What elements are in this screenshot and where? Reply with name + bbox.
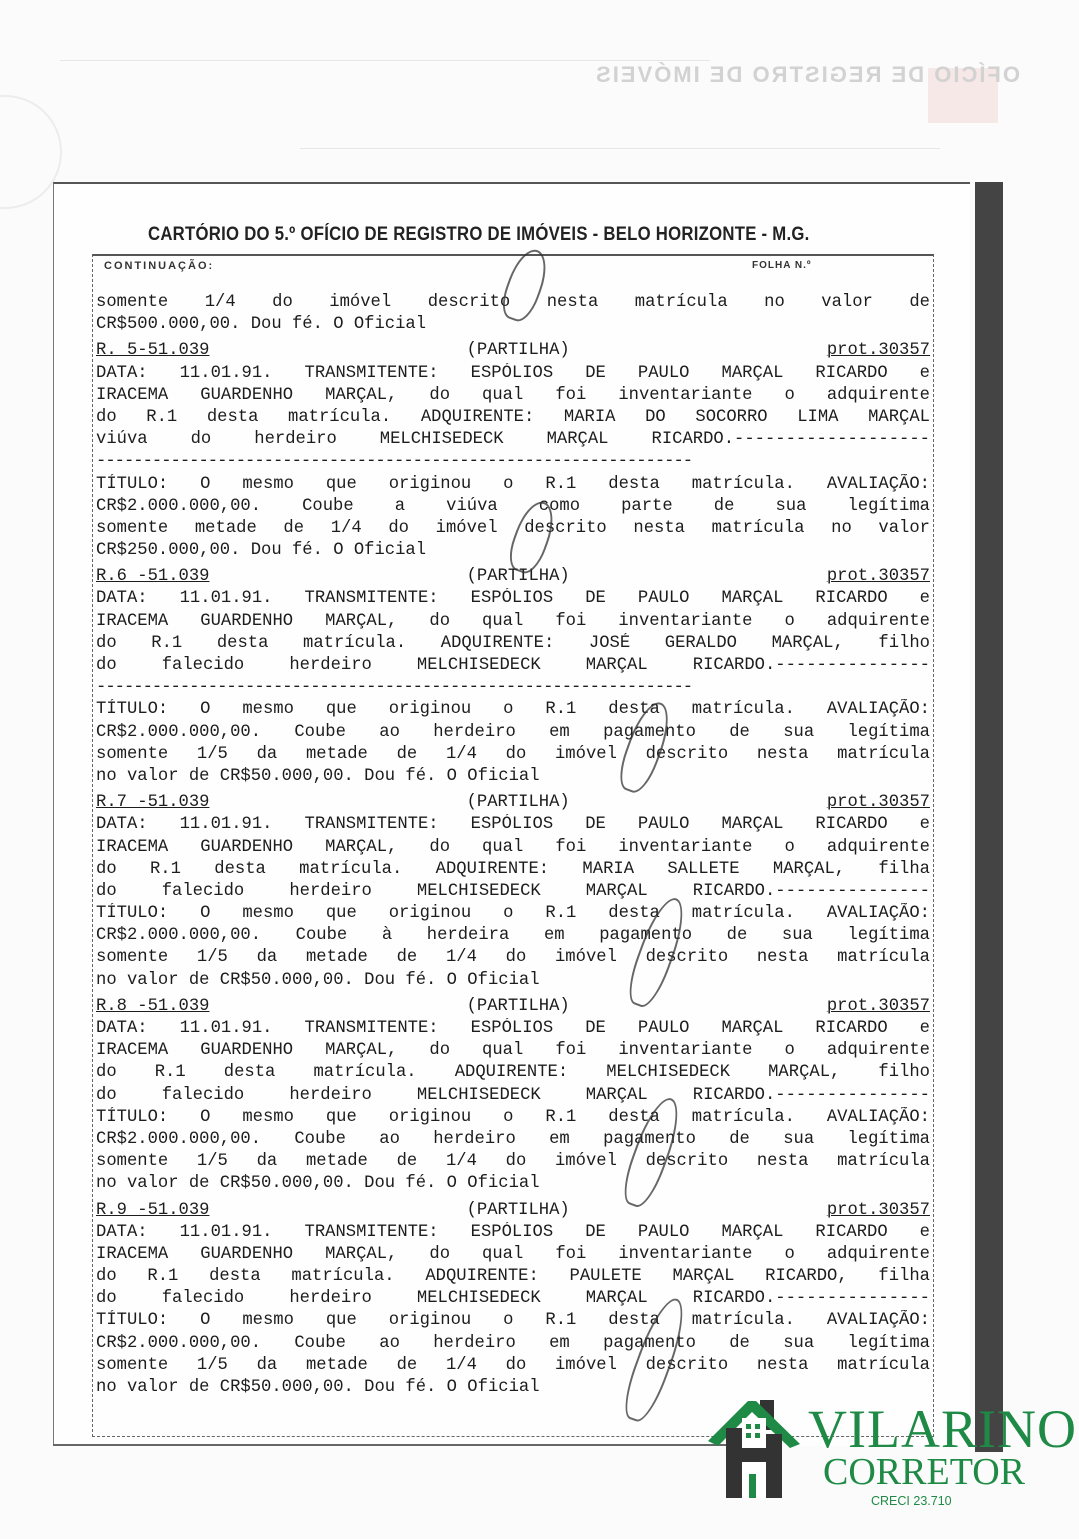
registration-entry: R.8 -51.039(PARTILHA)prot.30357DATA: 11.… (96, 996, 930, 1196)
bleed-through-text: OFÍCIO DE REGISTRO DE IMÓVEIS (140, 62, 1020, 88)
continuation-label: CONTINUAÇÃO: (104, 260, 214, 272)
registration-line: IRACEMA GUARDENHO MARÇAL, do qual foi in… (96, 837, 930, 859)
registration-line: CR$2.000.000,00. Coube à herdeira em pag… (96, 925, 930, 947)
registration-line: TÍTULO: O mesmo que originou o R.1 desta… (96, 903, 930, 925)
logo-creci: CRECI 23.710 (871, 1494, 952, 1508)
registration-header: R.7 -51.039(PARTILHA)prot.30357 (96, 792, 930, 814)
registration-line: IRACEMA GUARDENHO MARÇAL, do qual foi in… (96, 1040, 930, 1062)
protocol-number: prot.30357 (827, 566, 930, 588)
registration-line: no valor de CR$50.000,00. Dou fé. O Ofic… (96, 766, 930, 788)
registration-line: CR$2.000.000,00. Coube ao herdeiro em pa… (96, 722, 930, 744)
registration-line: somente 1/5 da metade de 1/4 do imóvel d… (96, 1151, 930, 1173)
registration-line: do R.1 desta matrícula. ADQUIRENTE: MARI… (96, 859, 930, 881)
registration-header: R.6 -51.039(PARTILHA)prot.30357 (96, 566, 930, 588)
logo-subtitle: CORRETOR (823, 1452, 1025, 1492)
registration-number: R. 5-51.039 (96, 340, 209, 362)
registrations-list: R. 5-51.039(PARTILHA)prot.30357DATA: 11.… (96, 340, 930, 1399)
registration-entry: R.9 -51.039(PARTILHA)prot.30357DATA: 11.… (96, 1200, 930, 1400)
registration-entry: R.7 -51.039(PARTILHA)prot.30357DATA: 11.… (96, 792, 930, 992)
registration-line: DATA: 11.01.91. TRANSMITENTE: ESPÓLIOS D… (96, 363, 930, 385)
registration-line: somente 1/5 da metade de 1/4 do imóvel d… (96, 1355, 930, 1377)
registration-line: IRACEMA GUARDENHO MARÇAL, do qual foi in… (96, 385, 930, 407)
registration-line: CR$2.000.000,00. Coube ao herdeiro em pa… (96, 1129, 930, 1151)
sheet-number-label: FOLHA N.º (752, 260, 812, 271)
registration-line: viúva do herdeiro MELCHISEDECK MARÇAL RI… (96, 429, 930, 451)
registration-number: R.6 -51.039 (96, 566, 209, 588)
registry-office-title: CARTÓRIO DO 5.º OFÍCIO DE REGISTRO DE IM… (148, 224, 810, 246)
registration-line: CR$2.000.000,00. Coube ao herdeiro em pa… (96, 1333, 930, 1355)
registration-line: no valor de CR$50.000,00. Dou fé. O Ofic… (96, 970, 930, 992)
registration-entry: R.6 -51.039(PARTILHA)prot.30357DATA: 11.… (96, 566, 930, 788)
registration-line: do falecido herdeiro MELCHISEDECK MARÇAL… (96, 1085, 930, 1107)
registration-line: do falecido herdeiro MELCHISEDECK MARÇAL… (96, 1288, 930, 1310)
registration-line: TÍTULO: O mesmo que originou o R.1 desta… (96, 699, 930, 721)
separator-line: ----------------------------------------… (96, 677, 930, 699)
registration-line: do falecido herdeiro MELCHISEDECK MARÇAL… (96, 655, 930, 677)
registration-line: TÍTULO: O mesmo que originou o R.1 desta… (96, 474, 930, 496)
protocol-number: prot.30357 (827, 1200, 930, 1222)
registration-type: (PARTILHA) (467, 996, 570, 1018)
registry-text: somente 1/4 do imóvel descrito nesta mat… (96, 292, 930, 1399)
sheet-edge-shadow (975, 182, 1003, 1452)
bleed-line (300, 148, 940, 149)
registration-line: somente 1/5 da metade de 1/4 do imóvel d… (96, 947, 930, 969)
protocol-number: prot.30357 (827, 792, 930, 814)
registration-line: do falecido herdeiro MELCHISEDECK MARÇAL… (96, 881, 930, 903)
vilarino-watermark-logo: VILARINO CORRETOR CRECI 23.710 (708, 1396, 1068, 1526)
registration-line: DATA: 11.01.91. TRANSMITENTE: ESPÓLIOS D… (96, 588, 930, 610)
registration-line: somente 1/5 da metade de 1/4 do imóvel d… (96, 744, 930, 766)
registration-type: (PARTILHA) (467, 792, 570, 814)
registration-header: R. 5-51.039(PARTILHA)prot.30357 (96, 340, 930, 362)
registration-number: R.7 -51.039 (96, 792, 209, 814)
house-icon (708, 1396, 808, 1506)
registration-line: CR$2.000.000,00. Coube a viúva como part… (96, 496, 930, 518)
registration-type: (PARTILHA) (467, 1200, 570, 1222)
protocol-number: prot.30357 (827, 340, 930, 362)
registration-line: no valor de CR$50.000,00. Dou fé. O Ofic… (96, 1173, 930, 1195)
registration-line: IRACEMA GUARDENHO MARÇAL, do qual foi in… (96, 611, 930, 633)
registration-line: do R.1 desta matrícula. ADQUIRENTE: MARI… (96, 407, 930, 429)
registration-header: R.9 -51.039(PARTILHA)prot.30357 (96, 1200, 930, 1222)
registration-entry: R. 5-51.039(PARTILHA)prot.30357DATA: 11.… (96, 340, 930, 562)
registration-number: R.8 -51.039 (96, 996, 209, 1018)
registration-line: do R.1 desta matrícula. ADQUIRENTE: JOSÉ… (96, 633, 930, 655)
registration-type: (PARTILHA) (467, 340, 570, 362)
registration-line: do R.1 desta matrícula. ADQUIRENTE: PAUL… (96, 1266, 930, 1288)
protocol-number: prot.30357 (827, 996, 930, 1018)
registration-line: do R.1 desta matrícula. ADQUIRENTE: MELC… (96, 1062, 930, 1084)
registration-number: R.9 -51.039 (96, 1200, 209, 1222)
document-bottom-rule (53, 1444, 733, 1446)
registration-line: TÍTULO: O mesmo que originou o R.1 desta… (96, 1107, 930, 1129)
bleed-line (60, 60, 710, 61)
registration-line: TÍTULO: O mesmo que originou o R.1 desta… (96, 1310, 930, 1332)
registration-header: R.8 -51.039(PARTILHA)prot.30357 (96, 996, 930, 1018)
logo-name: VILARINO (808, 1402, 1077, 1456)
registration-line: DATA: 11.01.91. TRANSMITENTE: ESPÓLIOS D… (96, 814, 930, 836)
registration-line: DATA: 11.01.91. TRANSMITENTE: ESPÓLIOS D… (96, 1222, 930, 1244)
registration-line: DATA: 11.01.91. TRANSMITENTE: ESPÓLIOS D… (96, 1018, 930, 1040)
separator-line: ----------------------------------------… (96, 451, 930, 473)
registration-line: IRACEMA GUARDENHO MARÇAL, do qual foi in… (96, 1244, 930, 1266)
